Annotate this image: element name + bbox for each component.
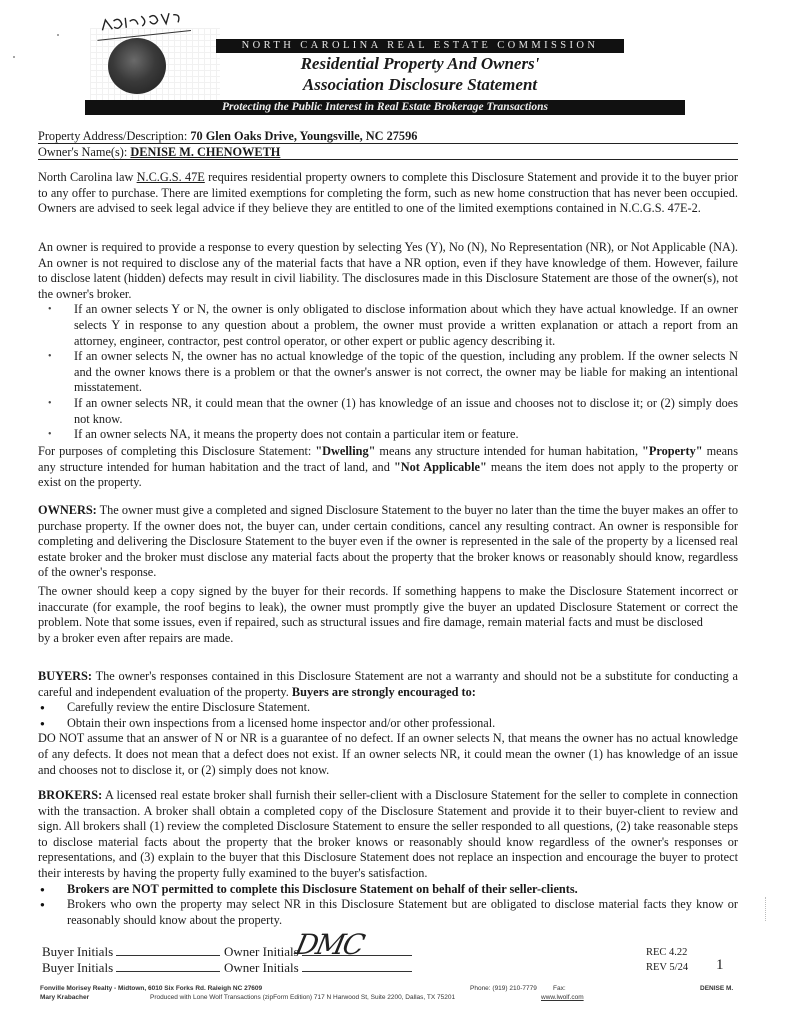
form-revision: REV 5/24 (646, 961, 688, 974)
term-not-applicable: "Not Applicable" (394, 460, 487, 474)
owner-initials-label: Owner Initials (224, 960, 299, 975)
commission-seal-logo (108, 38, 166, 94)
buyers-emphasis: Buyers are strongly encouraged to: (292, 685, 476, 699)
buyer-initials-label: Buyer Initials (42, 944, 113, 959)
intro-section: North Carolina law N.C.G.S. 47E requires… (38, 170, 738, 217)
buyer-initials-input-2[interactable] (116, 961, 220, 972)
owners-section: OWNERS: The owner must give a completed … (38, 503, 738, 581)
bullet-item: Carefully review the entire Disclosure S… (38, 700, 738, 716)
footer-agent: Mary Krabacher (40, 993, 89, 1002)
owner-initials-2: Owner Initials (224, 960, 412, 975)
property-address-label: Property Address/Description: (38, 129, 187, 143)
owner-signature-initials: DMC (292, 928, 366, 961)
footer-producer: Produced with Lone Wolf Transactions (zi… (150, 993, 455, 1002)
property-address-value: 70 Glen Oaks Drive, Youngsville, NC 2759… (190, 129, 417, 143)
organization-banner: NORTH CAROLINA REAL ESTATE COMMISSION (216, 39, 624, 53)
footer-website-link[interactable]: www.lwolf.com (541, 993, 584, 1002)
bullet-item: Obtain their own inspections from a lice… (38, 716, 738, 732)
document-title-line2: Association Disclosure Statement (216, 75, 624, 95)
agent-name: Mary Krabacher (40, 994, 89, 1001)
owners-heading: OWNERS: (38, 503, 97, 517)
buyer-initials-input-1[interactable] (116, 945, 220, 956)
brokers-bullet-list: Brokers are NOT permitted to complete th… (38, 882, 738, 929)
document-title-line1: Residential Property And Owners' (216, 54, 624, 74)
tagline-banner: Protecting the Public Interest in Real E… (85, 100, 685, 115)
brokerage-text: Fonville Morisey Realty - Midtown, 6010 … (40, 985, 262, 992)
buyer-initials-label: Buyer Initials (42, 960, 113, 975)
response-paragraph: An owner is required to provide a respon… (38, 240, 738, 302)
owner-initials-label: Owner Initials (224, 944, 299, 959)
property-address-field: Property Address/Description: 70 Glen Oa… (38, 129, 738, 144)
bullet-item: If an owner selects N, the owner has no … (38, 349, 738, 396)
bullet-item: If an owner selects NA, it means the pro… (38, 427, 738, 443)
buyer-initials-2: Buyer Initials (42, 960, 220, 975)
buyers-section: BUYERS: The owner's responses contained … (38, 669, 738, 778)
owner-initials-input-2[interactable] (302, 961, 412, 972)
bullet-item: If an owner selects Y or N, the owner is… (38, 302, 738, 349)
term-dwelling: "Dwelling" (315, 444, 375, 458)
brokers-paragraph: A licensed real estate broker shall furn… (38, 788, 738, 880)
response-options-section: An owner is required to provide a respon… (38, 240, 738, 443)
owners-paragraph: The owner must give a completed and sign… (38, 503, 738, 579)
brokers-section: BROKERS: A licensed real estate broker s… (38, 788, 738, 928)
response-bullet-list: If an owner selects Y or N, the owner is… (38, 302, 738, 442)
scan-speck (13, 56, 15, 58)
owner-name-label: Owner's Name(s): (38, 145, 127, 159)
bullet-item: Brokers who own the property may select … (38, 897, 738, 928)
owner-name-value: DENISE M. CHENOWETH (130, 145, 280, 159)
scan-mark (765, 897, 767, 921)
definitions-text: For purposes of completing this Disclosu… (38, 444, 315, 458)
statute-link[interactable]: N.C.G.S. 47E (137, 170, 205, 184)
owners-update-paragraph: The owner should keep a copy signed by t… (38, 584, 738, 631)
footer-brokerage: Fonville Morisey Realty - Midtown, 6010 … (40, 984, 262, 993)
bullet-item: If an owner selects NR, it could mean th… (38, 396, 738, 427)
buyers-warning: DO NOT assume that an answer of N or NR … (38, 731, 738, 778)
form-code: REC 4.22 (646, 946, 687, 959)
bullet-item: Brokers are NOT permitted to complete th… (38, 882, 738, 898)
buyers-bullet-list: Carefully review the entire Disclosure S… (38, 700, 738, 731)
buyers-heading: BUYERS: (38, 669, 92, 683)
buyer-initials-1: Buyer Initials (42, 944, 220, 959)
footer-document-owner: DENISE M. (700, 984, 733, 993)
term-property: "Property" (642, 444, 703, 458)
definitions-section: For purposes of completing this Disclosu… (38, 444, 738, 491)
page-number: 1 (716, 957, 724, 974)
brokers-heading: BROKERS: (38, 788, 102, 802)
footer-phone: Phone: (919) 210-7779 (470, 984, 537, 993)
definitions-text: means any structure intended for human h… (375, 444, 642, 458)
footer-fax: Fax: (553, 984, 566, 993)
intro-text: North Carolina law (38, 170, 137, 184)
owner-name-field: Owner's Name(s): DENISE M. CHENOWETH (38, 145, 738, 160)
owners-update-tail: by a broker even after repairs are made. (38, 631, 738, 647)
owners-update-section: The owner should keep a copy signed by t… (38, 584, 738, 646)
scan-speck (57, 34, 59, 36)
